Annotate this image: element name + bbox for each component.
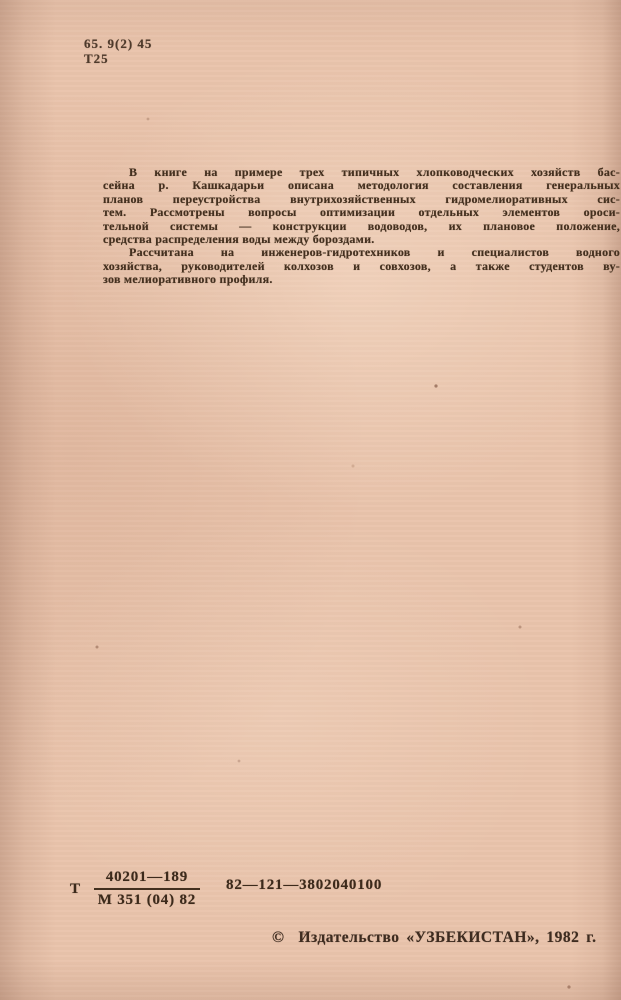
catalog-numerator: 40201—189 [94, 869, 200, 890]
annotation-line: планов переустройства внутрихозяйственны… [103, 193, 620, 206]
order-code: 82—121—3802040100 [226, 877, 382, 894]
paper-specks [0, 0, 2, 2]
catalog-denominator: М 351 (04) 82 [94, 890, 200, 909]
annotation-line: зов мелиоративного профиля. [103, 273, 620, 286]
copyright-icon: © [272, 929, 284, 947]
series-letter: Т [70, 881, 81, 898]
annotation-line: сейна р. Кашкадарьи описана методология … [103, 179, 620, 192]
scanned-book-page: 65. 9(2) 45 Т25 В книге на примере трех … [0, 0, 621, 1000]
copyright-line: © Издательство «УЗБЕКИСТАН», 1982 г. [272, 929, 596, 947]
author-mark: Т25 [84, 51, 152, 66]
annotation-line: тельной системы — конструкции водоводов,… [103, 220, 620, 233]
annotation-line: В книге на примере трех типичных хлопков… [103, 166, 620, 179]
annotation-line: Рассчитана на инженеров-гидротехников и … [103, 246, 620, 259]
catalog-formula: Т 40201—189 М 351 (04) 82 82—121—3802040… [70, 869, 382, 909]
annotation-line: хозяйства, руководителей колхозов и совх… [103, 260, 620, 273]
annotation-line: средства распределения воды между борозд… [103, 233, 620, 246]
library-codes: 65. 9(2) 45 Т25 [84, 36, 152, 66]
bbk-code: 65. 9(2) 45 [84, 36, 152, 51]
copyright-text: Издательство «УЗБЕКИСТАН», 1982 г. [298, 929, 596, 947]
annotation-paragraph: В книге на примере трех типичных хлопков… [103, 166, 620, 287]
catalog-fraction: 40201—189 М 351 (04) 82 [94, 869, 200, 909]
annotation-line: тем. Рассмотрены вопросы оптимизации отд… [103, 206, 620, 219]
